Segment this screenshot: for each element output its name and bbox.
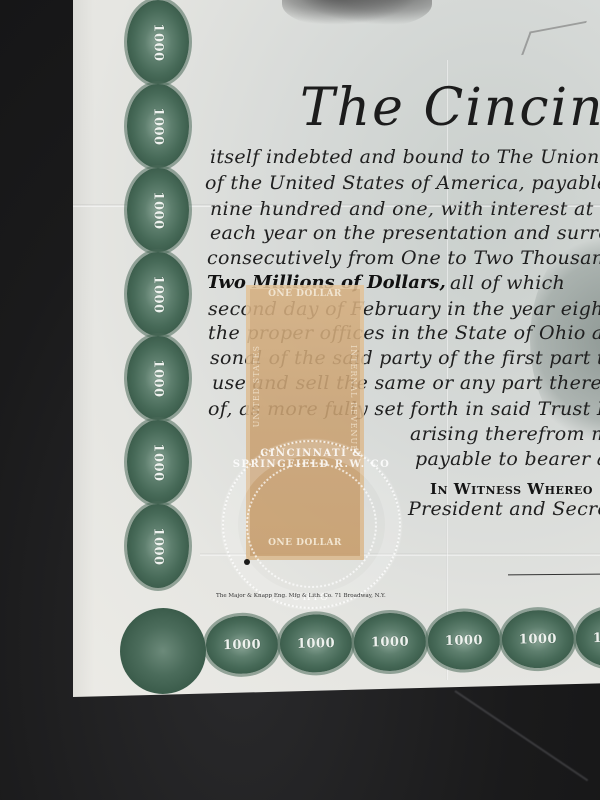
body-line: arising therefrom m — [410, 423, 600, 445]
denomination-medallion: 1000 — [127, 336, 189, 420]
body-line: each year on the presentation and surren… — [210, 222, 600, 244]
engraver-imprint: The Major & Knapp Eng. Mfg & Lith. Co. 7… — [216, 593, 386, 599]
body-line: payable to bearer an — [415, 448, 600, 470]
denomination-medallion: 1000 — [127, 420, 189, 504]
seal-ring-text: CINCINNATI & SPRINGFIELD R.W. CO — [224, 448, 399, 470]
body-line: all of which — [450, 272, 565, 294]
slate-crack — [454, 690, 588, 781]
denomination-medallion: 1000 — [501, 609, 574, 668]
witness-clause: In Witness Whereo — [430, 480, 593, 498]
stamp-side-right: INTERNAL REVENUE — [349, 345, 358, 452]
body-line: nine hundred and one, with interest at — [210, 198, 594, 220]
body-line: itself indebted and bound to The Union — [210, 146, 600, 168]
denomination-medallion: 1000 — [127, 0, 189, 84]
officers-line: President and Secreta — [408, 498, 600, 520]
denomination-medallion: 1000 — [127, 168, 189, 252]
punch-hole — [244, 559, 250, 565]
denomination-medallion: 1000 — [127, 504, 189, 588]
embossed-corporate-seal: CINCINNATI & SPRINGFIELD R.W. CO OHIO — [222, 440, 401, 609]
certificate-title: The Cincin — [300, 78, 600, 138]
denomination-medallion: 1000 — [127, 84, 189, 168]
denomination-medallion: 1000 — [127, 252, 189, 336]
body-line: of the United States of America, payable — [205, 172, 600, 194]
stamp-side-left: UNITED STATES — [252, 345, 261, 427]
denomination-medallion: 1000 — [575, 608, 600, 667]
seal-inner-ring — [246, 462, 377, 588]
denomination-medallion: 1000 — [205, 615, 278, 674]
denomination-medallion: 1000 — [353, 612, 426, 671]
denomination-medallion: 1000 — [427, 611, 500, 670]
denomination-medallion: 1000 — [279, 614, 352, 673]
left-border: 1000 1000 1000 1000 1000 1000 1000 — [125, 0, 191, 690]
stamp-top-label: ONE DOLLAR — [246, 289, 364, 299]
corner-rosette-ornament — [120, 608, 206, 694]
body-line: consecutively from One to Two Thousand — [207, 247, 600, 269]
